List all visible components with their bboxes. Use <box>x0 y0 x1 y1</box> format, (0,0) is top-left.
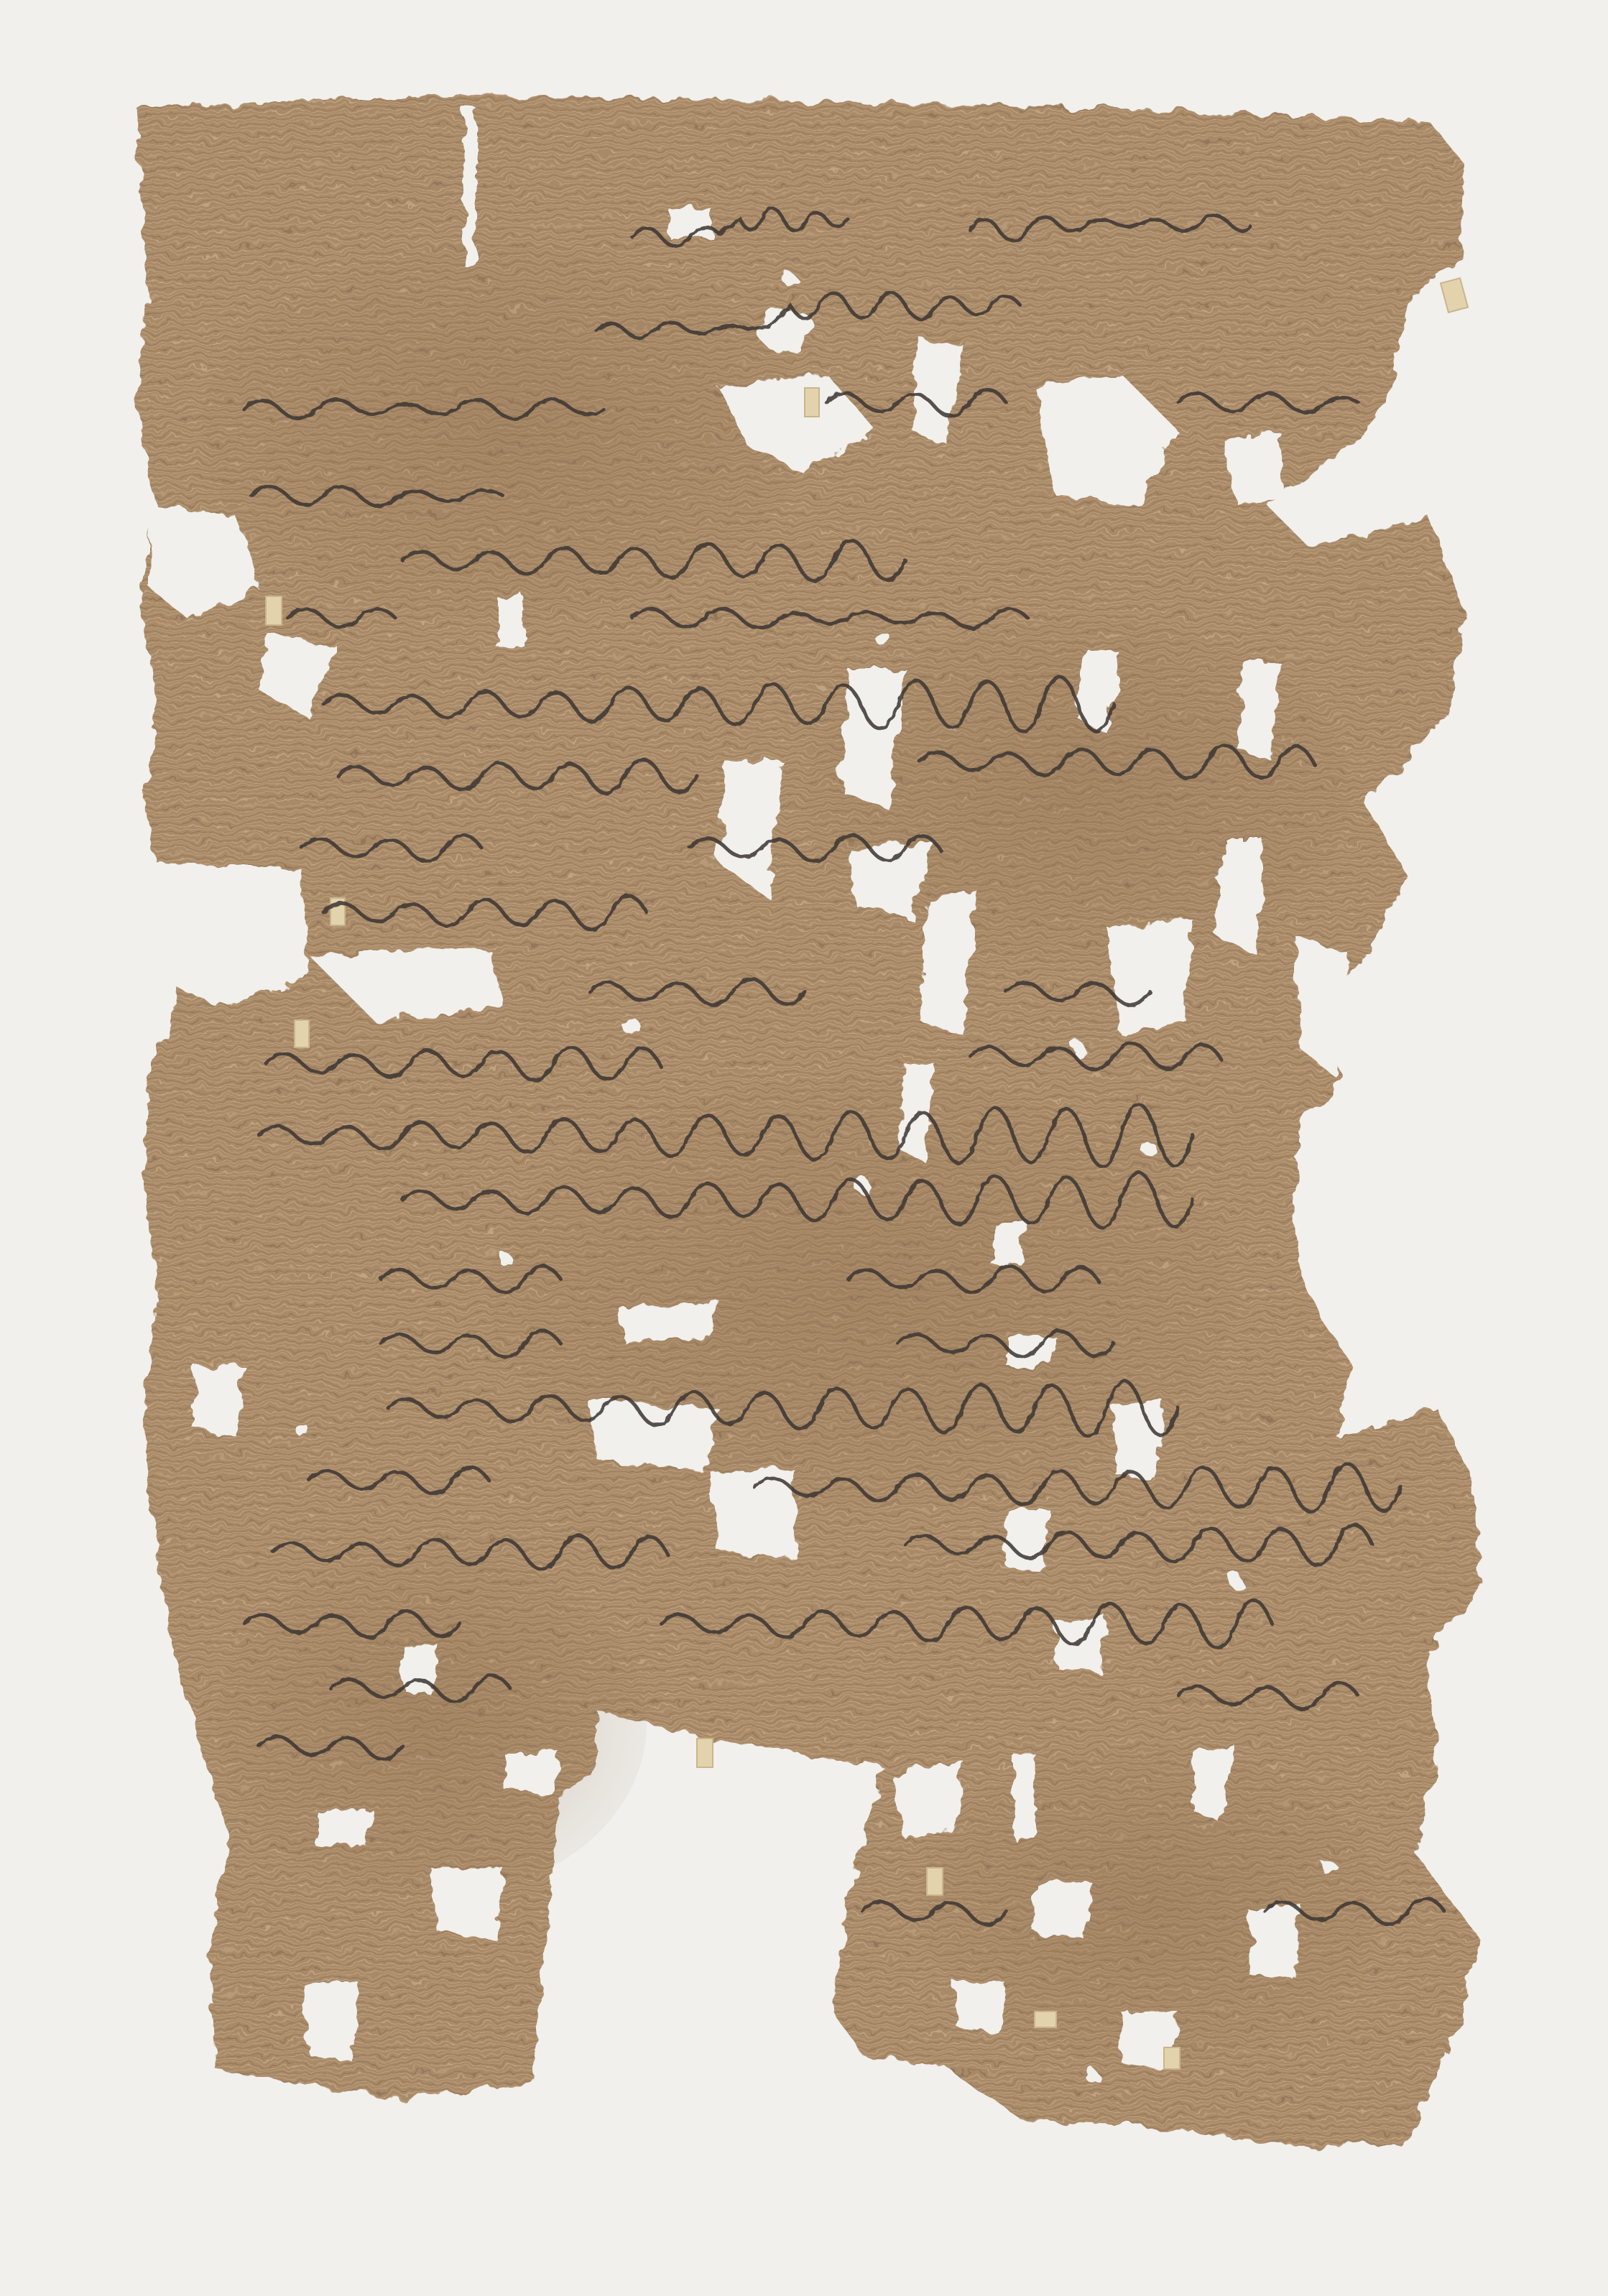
papyrus-photograph <box>0 0 1608 2296</box>
papyrus-fragment <box>0 0 1608 2296</box>
